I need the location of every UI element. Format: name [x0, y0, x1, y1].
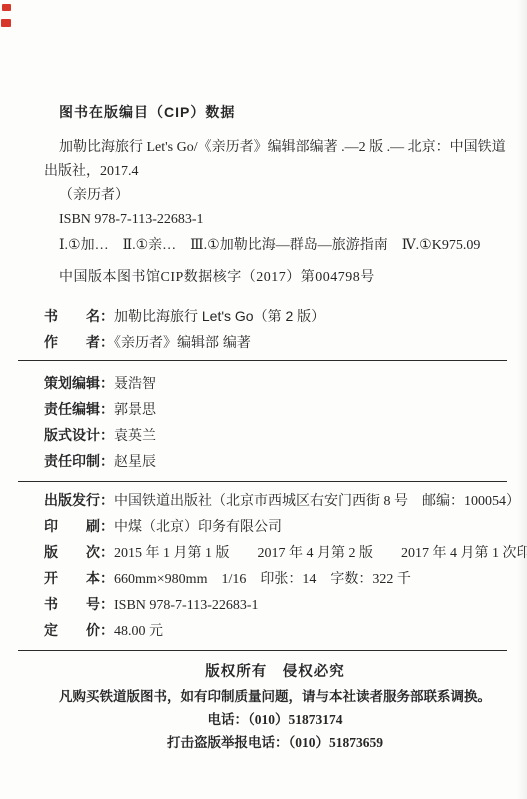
- responsible-editor-value: 郭景思: [114, 403, 156, 418]
- publication-block: 出版发行：中国铁道出版社（北京市西城区右安门西街 8 号 邮编：100054） …: [44, 488, 506, 644]
- print-supervisor-value: 赵星辰: [114, 455, 156, 470]
- printer-value: 中煤（北京）印务有限公司: [114, 520, 282, 535]
- edition-value: 2015 年 1 月第 1 版 2017 年 4 月第 2 版 2017 年 4…: [114, 546, 527, 561]
- red-edge-mark-1: [2, 4, 11, 11]
- cip-isbn: ISBN 978-7-113-22683-1: [44, 208, 506, 232]
- responsible-editor-row: 责任编辑：郭景思: [44, 397, 506, 423]
- layout-designer-value: 袁英兰: [114, 429, 156, 444]
- planning-editor-label: 策划编辑：: [44, 375, 114, 391]
- format-label: 开 本：: [44, 570, 114, 586]
- planning-editor-row: 策划编辑：聂浩智: [44, 371, 506, 397]
- planning-editor-value: 聂浩智: [114, 377, 156, 392]
- format-row: 开 本：660mm×980mm 1/16 印张：14 字数：322 千: [44, 566, 506, 592]
- book-title-label: 书 名：: [44, 308, 114, 324]
- divider-rule-2: [18, 481, 507, 482]
- layout-designer-row: 版式设计：袁英兰: [44, 423, 506, 449]
- cip-record-number: 中国版本图书馆CIP数据核字（2017）第004798号: [44, 266, 506, 290]
- cip-header: 图书在版编目（CIP）数据: [44, 102, 506, 122]
- cip-series: （亲历者）: [44, 184, 506, 208]
- service-phone: 电话：（010）51873174: [44, 708, 506, 731]
- format-value: 660mm×980mm 1/16 印张：14 字数：322 千: [114, 572, 411, 587]
- price-row: 定 价：48.00 元: [44, 618, 506, 644]
- cip-entry-line1: 加勒比海旅行 Let's Go/《亲历者》编辑部编著 .—2 版 .— 北京：中…: [44, 136, 506, 160]
- red-edge-mark-2: [1, 19, 11, 27]
- price-value: 48.00 元: [114, 624, 163, 639]
- cip-entry-line2: 出版社，2017.4: [44, 160, 506, 184]
- quality-notice: 凡购买铁道版图书，如有印制质量问题，请与本社读者服务部联系调换。: [44, 685, 506, 708]
- price-label: 定 价：: [44, 622, 114, 638]
- print-supervisor-label: 责任印制：: [44, 453, 114, 469]
- publisher-label: 出版发行：: [44, 492, 114, 508]
- publisher-row: 出版发行：中国铁道出版社（北京市西城区右安门西街 8 号 邮编：100054）: [44, 488, 506, 514]
- edition-label: 版 次：: [44, 544, 114, 560]
- book-author-row: 作 者：《亲历者》编辑部 编著: [44, 330, 506, 356]
- copyright-page: 图书在版编目（CIP）数据 加勒比海旅行 Let's Go/《亲历者》编辑部编著…: [0, 0, 527, 799]
- isbn-label: 书 号：: [44, 596, 114, 612]
- book-title-value: 加勒比海旅行 Let's Go（第 2 版）: [114, 308, 325, 324]
- divider-rule-3: [18, 650, 507, 651]
- layout-designer-label: 版式设计：: [44, 427, 114, 443]
- rights-notice: 版权所有 侵权必究: [44, 661, 506, 684]
- printer-label: 印 刷：: [44, 518, 114, 534]
- divider-rule-1: [18, 360, 507, 361]
- isbn-row: 书 号：ISBN 978-7-113-22683-1: [44, 592, 506, 618]
- print-supervisor-row: 责任印制：赵星辰: [44, 449, 506, 475]
- title-info-block: 书 名：加勒比海旅行 Let's Go（第 2 版） 作 者：《亲历者》编辑部 …: [44, 304, 506, 356]
- isbn-value: ISBN 978-7-113-22683-1: [114, 598, 259, 613]
- anti-piracy-phone: 打击盗版举报电话：（010）51873659: [44, 731, 506, 754]
- page-edge-shadow: [517, 0, 527, 799]
- page-content: 图书在版编目（CIP）数据 加勒比海旅行 Let's Go/《亲历者》编辑部编著…: [44, 0, 506, 754]
- copyright-footer: 版权所有 侵权必究 凡购买铁道版图书，如有印制质量问题，请与本社读者服务部联系调…: [44, 661, 506, 754]
- book-author-label: 作 者：: [44, 334, 114, 350]
- book-title-row: 书 名：加勒比海旅行 Let's Go（第 2 版）: [44, 304, 506, 330]
- edition-row: 版 次：2015 年 1 月第 1 版 2017 年 4 月第 2 版 2017…: [44, 540, 506, 566]
- staff-block: 策划编辑：聂浩智 责任编辑：郭景思 版式设计：袁英兰 责任印制：赵星辰: [44, 371, 506, 475]
- cip-classification: Ⅰ.①加… Ⅱ.①亲… Ⅲ.①加勒比海—群岛—旅游指南 Ⅳ.①K975.09: [44, 234, 506, 258]
- printer-row: 印 刷：中煤（北京）印务有限公司: [44, 514, 506, 540]
- publisher-value: 中国铁道出版社（北京市西城区右安门西街 8 号 邮编：100054）: [114, 494, 520, 509]
- responsible-editor-label: 责任编辑：: [44, 401, 114, 417]
- book-author-value: 《亲历者》编辑部 编著: [114, 334, 251, 350]
